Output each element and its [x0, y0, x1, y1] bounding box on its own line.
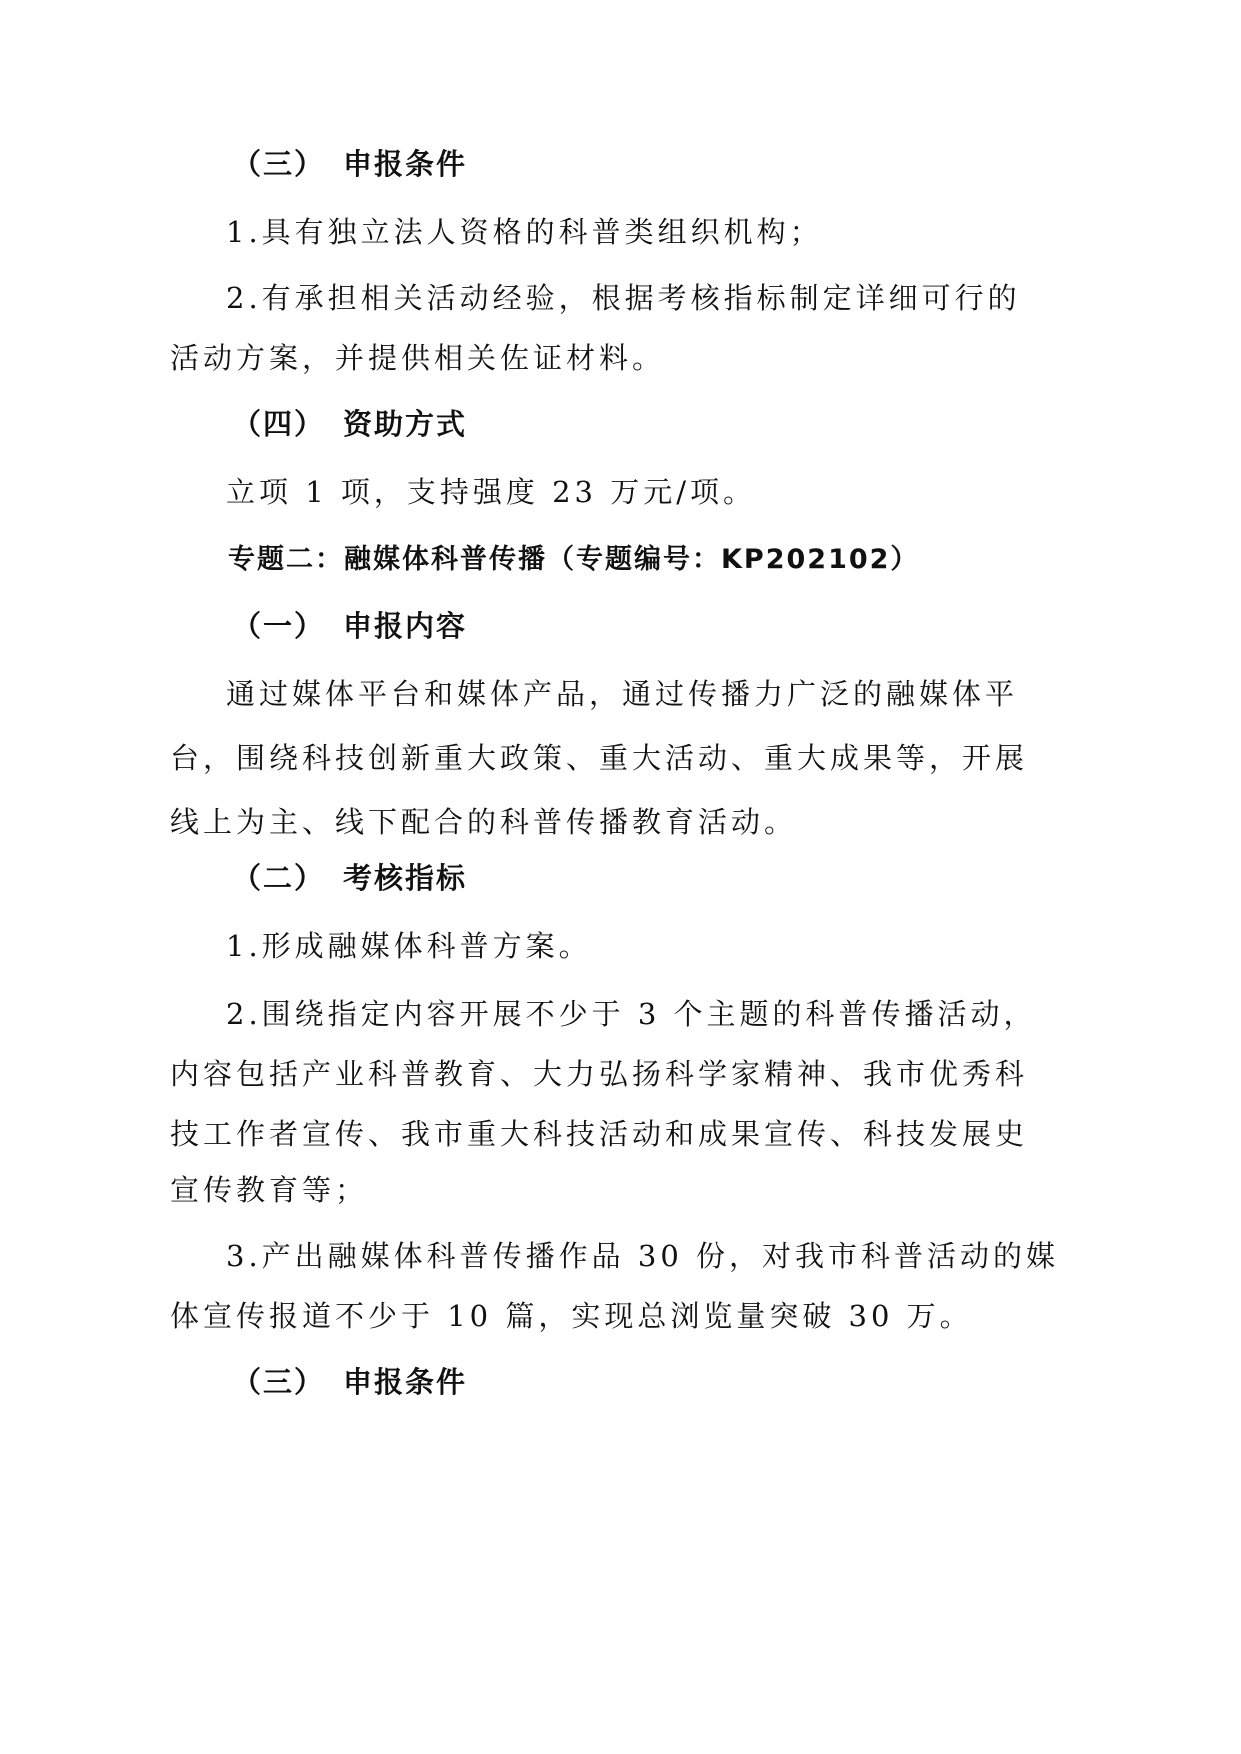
section-heading-content: （一）申报内容	[232, 606, 1132, 646]
section-heading-conditions: （三）申报条件	[232, 144, 1132, 184]
content-line-2: 台，围绕科技创新重大政策、重大活动、重大成果等，开展	[170, 738, 1070, 778]
section-title: 考核指标	[343, 861, 467, 895]
condition-item-2: 2.有承担相关活动经验，根据考核指标制定详细可行的	[226, 278, 1126, 318]
section-title: 申报条件	[343, 1365, 467, 1399]
section-number: （三）	[232, 1365, 325, 1399]
section-number: （四）	[232, 407, 325, 441]
indicator-item-2-cont-2: 技工作者宣传、我市重大科技活动和成果宣传、科技发展史	[170, 1114, 1070, 1154]
section-title: 申报条件	[343, 147, 467, 181]
document-page: （三）申报条件 1.具有独立法人资格的科普类组织机构； 2.有承担相关活动经验，…	[0, 0, 1241, 1754]
indicator-item-3: 3.产出融媒体科普传播作品 30 份，对我市科普活动的媒	[226, 1236, 1126, 1276]
content-line-1: 通过媒体平台和媒体产品，通过传播力广泛的融媒体平	[226, 674, 1126, 714]
funding-body: 立项 1 项，支持强度 23 万元/项。	[226, 472, 1126, 512]
section-heading-conditions-2: （三）申报条件	[232, 1362, 1132, 1402]
section-heading-funding: （四）资助方式	[232, 404, 1132, 444]
section-number: （一）	[232, 609, 325, 643]
indicator-item-3-cont: 体宣传报道不少于 10 篇，实现总浏览量突破 30 万。	[170, 1296, 1070, 1336]
section-title: 申报内容	[343, 609, 467, 643]
indicator-item-1: 1.形成融媒体科普方案。	[226, 926, 1126, 966]
condition-item-2-cont: 活动方案，并提供相关佐证材料。	[170, 338, 1070, 378]
indicator-item-2-cont-3: 宣传教育等；	[170, 1170, 1070, 1210]
condition-item-1: 1.具有独立法人资格的科普类组织机构；	[226, 212, 1126, 252]
indicator-item-2-cont-1: 内容包括产业科普教育、大力弘扬科学家精神、我市优秀科	[170, 1054, 1070, 1094]
content-line-3: 线上为主、线下配合的科普传播教育活动。	[170, 802, 1070, 842]
topic-title: 专题二：融媒体科普传播（专题编号：KP202102）	[228, 540, 1128, 580]
section-number: （三）	[232, 147, 325, 181]
section-heading-indicators: （二）考核指标	[232, 858, 1132, 898]
section-number: （二）	[232, 861, 325, 895]
section-title: 资助方式	[343, 407, 467, 441]
indicator-item-2: 2.围绕指定内容开展不少于 3 个主题的科普传播活动，	[226, 994, 1126, 1034]
